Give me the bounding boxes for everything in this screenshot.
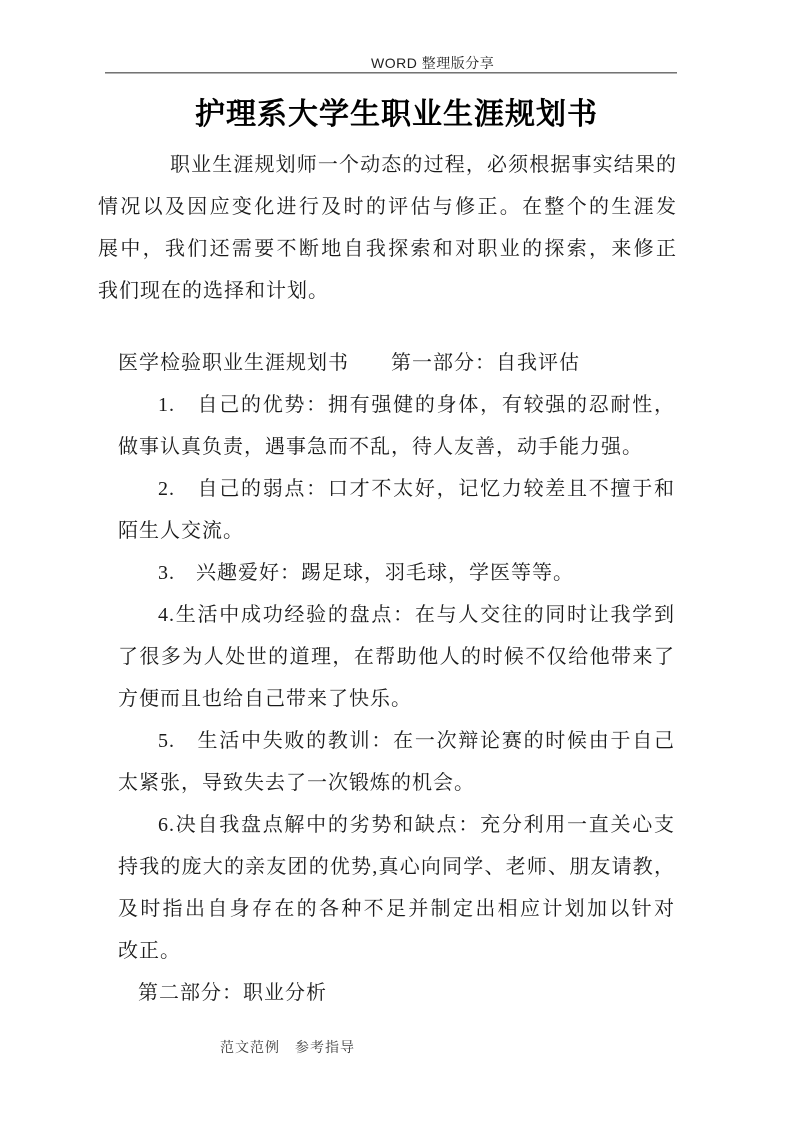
text-line: 我们现在的选择和计划。 bbox=[98, 270, 677, 312]
page-header-text: WORD 整理版分享 bbox=[371, 53, 494, 73]
text-line: 及时指出自身存在的各种不足并制定出相应计划加以针对 bbox=[118, 888, 675, 930]
text-line: 持我的庞大的亲友团的优势,真心向同学、老师、朋友请教， bbox=[118, 846, 675, 888]
text-line: 太紧张，导致失去了一次锻炼的机会。 bbox=[118, 762, 675, 804]
text-line: 改正。 bbox=[118, 930, 675, 972]
body-text: 医学检验职业生涯规划书 第一部分：自我评估1. 自己的优势：拥有强健的身体，有较… bbox=[118, 342, 675, 1014]
document-title: 护理系大学生职业生涯规划书 bbox=[0, 96, 793, 134]
text-line: 5. 生活中失败的教训：在一次辩论赛的时候由于自己 bbox=[118, 720, 675, 762]
intro-paragraph: 职业生涯规划师一个动态的过程，必须根据事实结果的情况以及因应变化进行及时的评估与… bbox=[98, 144, 677, 312]
text-line: 职业生涯规划师一个动态的过程，必须根据事实结果的 bbox=[98, 144, 677, 186]
text-line: 情况以及因应变化进行及时的评估与修正。在整个的生涯发 bbox=[98, 186, 677, 228]
text-line: 医学检验职业生涯规划书 第一部分：自我评估 bbox=[118, 342, 675, 384]
text-line: 2. 自己的弱点：口才不太好，记忆力较差且不擅于和 bbox=[118, 468, 675, 510]
text-line: 了很多为人处世的道理，在帮助他人的时候不仅给他带来了 bbox=[118, 636, 675, 678]
text-line: 做事认真负责，遇事急而不乱，待人友善，动手能力强。 bbox=[118, 426, 675, 468]
text-line: 方便而且也给自己带来了快乐。 bbox=[118, 678, 675, 720]
text-line: 第二部分：职业分析 bbox=[118, 972, 675, 1014]
document-page: { "header": { "text": "WORD 整理版分享" }, "t… bbox=[0, 0, 793, 1122]
page-footer-text: 范文范例 参考指导 bbox=[220, 1037, 355, 1057]
text-line: 1. 自己的优势：拥有强健的身体，有较强的忍耐性， bbox=[118, 384, 675, 426]
text-line: 3. 兴趣爱好：踢足球，羽毛球，学医等等。 bbox=[118, 552, 675, 594]
text-line: 陌生人交流。 bbox=[118, 510, 675, 552]
text-line: 4.生活中成功经验的盘点：在与人交往的同时让我学到 bbox=[118, 594, 675, 636]
text-line: 6.决自我盘点解中的劣势和缺点：充分利用一直关心支 bbox=[118, 804, 675, 846]
text-line: 展中，我们还需要不断地自我探索和对职业的探索，来修正 bbox=[98, 228, 677, 270]
header-rule bbox=[105, 72, 677, 74]
